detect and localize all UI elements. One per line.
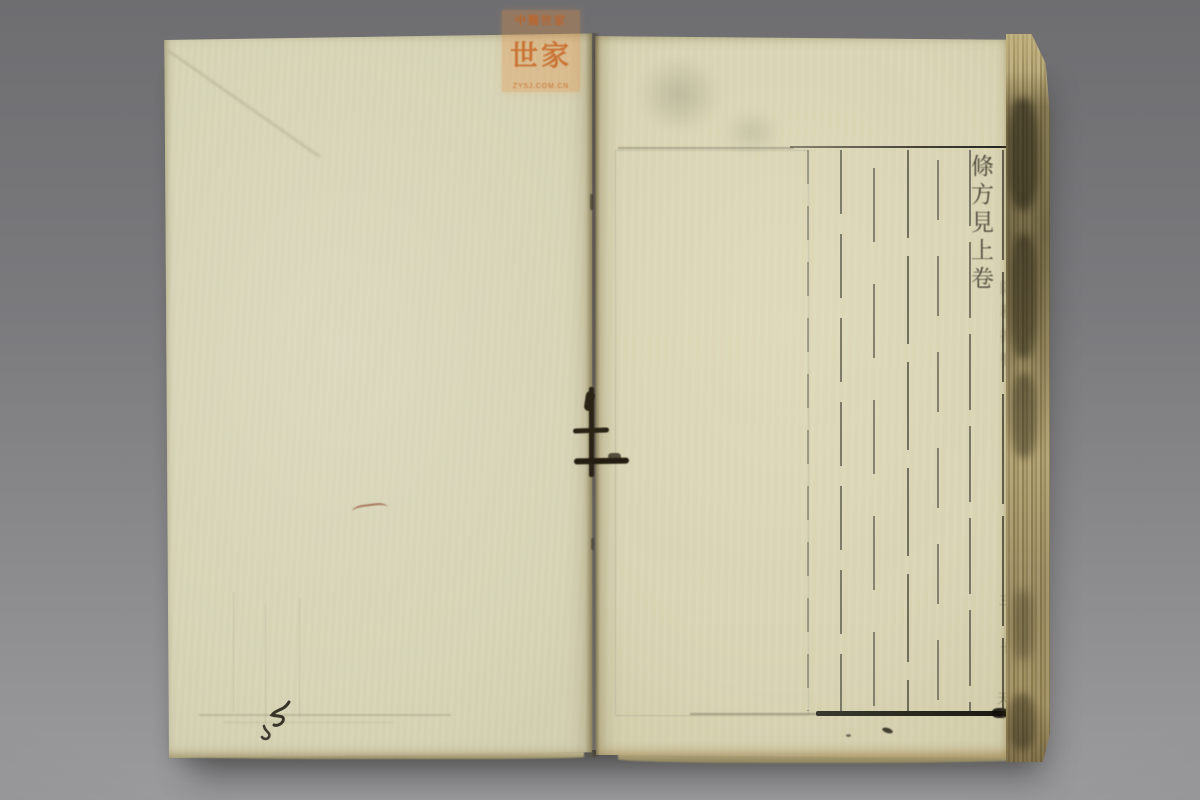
stitch-thread-crossbar: [573, 427, 609, 433]
vertical-title-text: 條方見上卷: [964, 154, 997, 354]
show-through-line: [199, 714, 451, 716]
fore-edge-page-stack: [1006, 34, 1050, 762]
gray-smudge: [622, 42, 737, 147]
fore-edge-ink-smudge: [1012, 374, 1036, 458]
faint-offset-frame: [615, 150, 809, 716]
ink-fleck: [881, 726, 893, 734]
frame-bottom-rule-end: [992, 708, 1008, 718]
stitch-thread-knot: [583, 390, 595, 411]
gutter-thread-mark: [591, 538, 594, 550]
show-through-line: [223, 722, 393, 723]
ink-fleck: [846, 734, 851, 737]
paper-fiber-mark: [351, 502, 388, 517]
watermark-seal-characters: 世家: [510, 42, 572, 70]
left-page: [163, 32, 592, 758]
frame-top-rule-faint: [618, 147, 794, 149]
fore-edge-ink-smudge: [1010, 234, 1037, 358]
watermark-top-row-text: 中醫世家: [515, 12, 567, 28]
site-watermark-seal: 中醫世家 世家 ZYSJ.COM.CN: [502, 10, 580, 92]
ink-scribble-mark: [251, 696, 303, 744]
watermark-url-text: ZYSJ.COM.CN: [513, 83, 569, 90]
fore-edge-ink-smudge: [1013, 590, 1033, 660]
column-rule-line: [873, 150, 875, 711]
show-through-line: [233, 592, 234, 712]
photo-of-open-antique-book: 條方見上卷 防私拖要 三 十 天 中醫世家 世家 ZYSJ.COM.CN: [0, 0, 1200, 800]
frame-bottom-rule-faint: [690, 713, 818, 715]
fore-edge-ink-smudge: [1009, 694, 1035, 750]
column-rule-line: [807, 150, 809, 711]
frame-bottom-rule: [816, 711, 1007, 717]
right-page: 條方見上卷 防私拖要 三 十 天: [594, 34, 1011, 760]
column-rule-line: [937, 150, 939, 711]
paper-crease: [168, 50, 321, 158]
frame-top-rule: [790, 146, 1009, 149]
stitch-thread-crossbar: [574, 458, 629, 465]
column-rule-line: [840, 150, 842, 711]
fore-edge-ink-smudge: [1008, 98, 1038, 210]
column-rule-line: [907, 150, 909, 711]
binding-stitch-thread: [568, 384, 632, 498]
gutter-thread-mark: [590, 194, 593, 210]
stitch-thread-end: [608, 453, 621, 460]
